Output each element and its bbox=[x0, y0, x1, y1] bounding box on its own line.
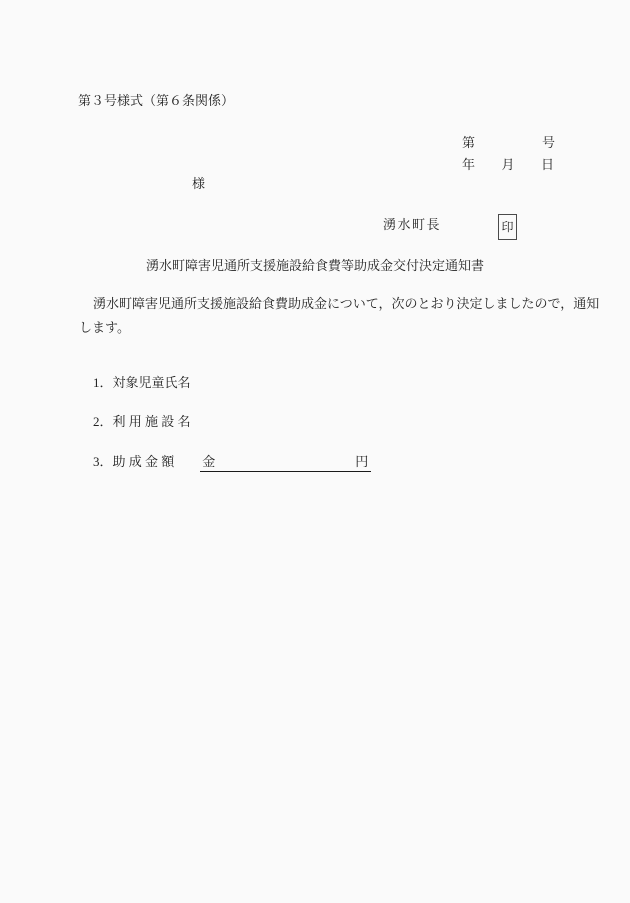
seal-stamp: 印 bbox=[498, 214, 517, 240]
addressee-honorific: 様 bbox=[192, 176, 205, 192]
item-label: 対象児童氏名 bbox=[113, 375, 191, 390]
amount-prefix: 金 bbox=[202, 454, 215, 469]
body-paragraph-line-2: します。 bbox=[79, 320, 130, 336]
item-number: 1． bbox=[93, 375, 113, 390]
item-label: 助 成 金 額 bbox=[113, 454, 175, 469]
item-number: 2． bbox=[93, 414, 113, 429]
date-month-label: 月 bbox=[501, 157, 514, 173]
doc-number-line: 第 号 bbox=[462, 135, 555, 151]
date-day-label: 日 bbox=[541, 157, 554, 173]
item-number: 3． bbox=[93, 454, 113, 469]
document-title: 湧水町障害児通所支援施設給食費等助成金交付決定通知書 bbox=[0, 258, 630, 274]
form-number-label: 第３号様式（第６条関係） bbox=[78, 93, 234, 109]
amount-suffix: 円 bbox=[355, 454, 368, 469]
doc-number-prefix: 第 bbox=[462, 135, 475, 151]
doc-number-suffix: 号 bbox=[542, 135, 555, 151]
body-paragraph-line-1: 湧水町障害児通所支援施設給食費助成金について，次のとおり決定しましたので，通知 bbox=[93, 296, 599, 312]
date-year-label: 年 bbox=[462, 157, 475, 173]
document-page: 第３号様式（第６条関係） 第 号 年 月 日 様 湧水町長 印 湧水町障害児通所… bbox=[0, 0, 630, 903]
list-item-grant-amount: 3．助 成 金 額金円 bbox=[80, 438, 371, 488]
date-line: 年 月 日 bbox=[462, 157, 554, 173]
sender-title: 湧水町長 bbox=[383, 217, 441, 233]
amount-underline: 金円 bbox=[200, 454, 371, 473]
item-label: 利 用 施 設 名 bbox=[113, 414, 191, 429]
